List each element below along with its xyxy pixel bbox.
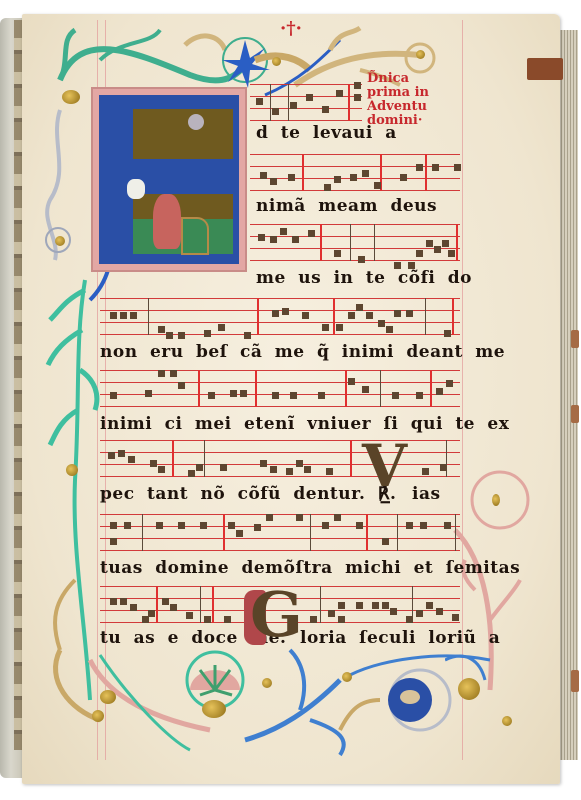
leather-index-tab [571,330,579,348]
music-staff [100,514,460,550]
flower-center [400,690,420,704]
music-staff [100,370,460,406]
historiated-initial-a [91,87,247,272]
gold-boss [342,672,352,682]
lyric-line: tuas domine demõſtra michi et ſemitas [100,558,462,578]
god-in-clouds [188,114,204,130]
lyric-line: inimi ci mei etenĩ vniuer ſi qui te ex [100,414,462,434]
lyric-line: me us in te cõfi do [256,268,581,288]
leather-index-tab [571,405,579,423]
gold-boss [492,494,500,506]
gold-boss [262,678,272,688]
gold-boss [66,464,78,476]
gold-boss [55,236,65,246]
lyric-line: nimã meam deus [256,196,581,216]
gold-boss [92,710,104,722]
lyric-line: pec tant nõ cõfũ dentur. ℟̲. [100,484,340,504]
leather-index-tab [571,670,579,692]
crown-mantle [127,179,145,199]
gold-boss [202,700,226,718]
decorated-initial-g: G [250,578,303,651]
lyric-line: loria ſeculi loriũ a [300,628,470,648]
king-david-figure [153,194,181,249]
rubric-line: D̃nica [367,72,429,86]
gold-boss [416,50,425,59]
lyric-line: non eru beſ cã me q̃ inimi deant me [100,342,462,362]
leather-index-tab [527,58,563,80]
rubric-dominica-prima-adventus: D̃nica prima in Adventu domini· [367,72,429,128]
gold-boss [100,690,116,704]
music-staff [250,224,460,260]
harp [181,217,209,255]
lyric-line: ias [412,484,462,504]
lyric-line: d te levaui a [256,123,376,143]
decorated-initial-v: V [362,432,407,500]
gold-boss [502,716,512,726]
gold-boss [458,678,480,700]
rubric-line: prima in [367,86,429,100]
gold-leaf-background [133,109,233,159]
gold-boss [272,57,281,66]
rubric-line: Adventu [367,100,429,114]
music-staff [100,298,460,334]
music-staff [250,154,460,190]
music-staff [250,84,362,120]
lyric-line: tu as e doce me. [100,628,260,648]
